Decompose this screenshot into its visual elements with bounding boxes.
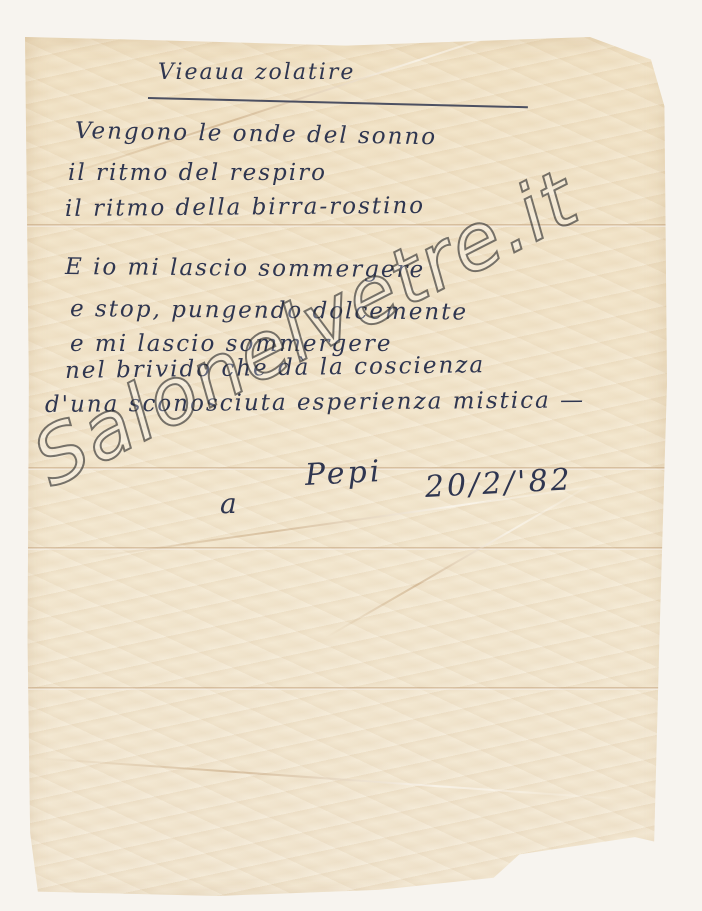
- signature-name: Pepi: [304, 454, 383, 493]
- poem-line-8: d'una sconosciuta esperienza mistica —: [45, 387, 585, 418]
- fold-line: [25, 224, 667, 227]
- poem-line-4: E io mi lascio sommergere: [65, 254, 425, 283]
- poem-line-3: il ritmo della birra-rostino: [65, 193, 425, 222]
- note-title: Vieaua zolatire: [158, 60, 355, 85]
- crease: [35, 757, 634, 801]
- dedication-prefix: a: [220, 487, 239, 520]
- poem-line-5: e stop, pungendo dolcemente: [70, 296, 468, 325]
- scan-canvas: Vieaua zolatire Vengono le onde del sonn…: [0, 0, 702, 911]
- fold-line: [25, 687, 667, 690]
- poem-line-2: il ritmo del respiro: [68, 160, 327, 186]
- fold-line: [25, 547, 667, 550]
